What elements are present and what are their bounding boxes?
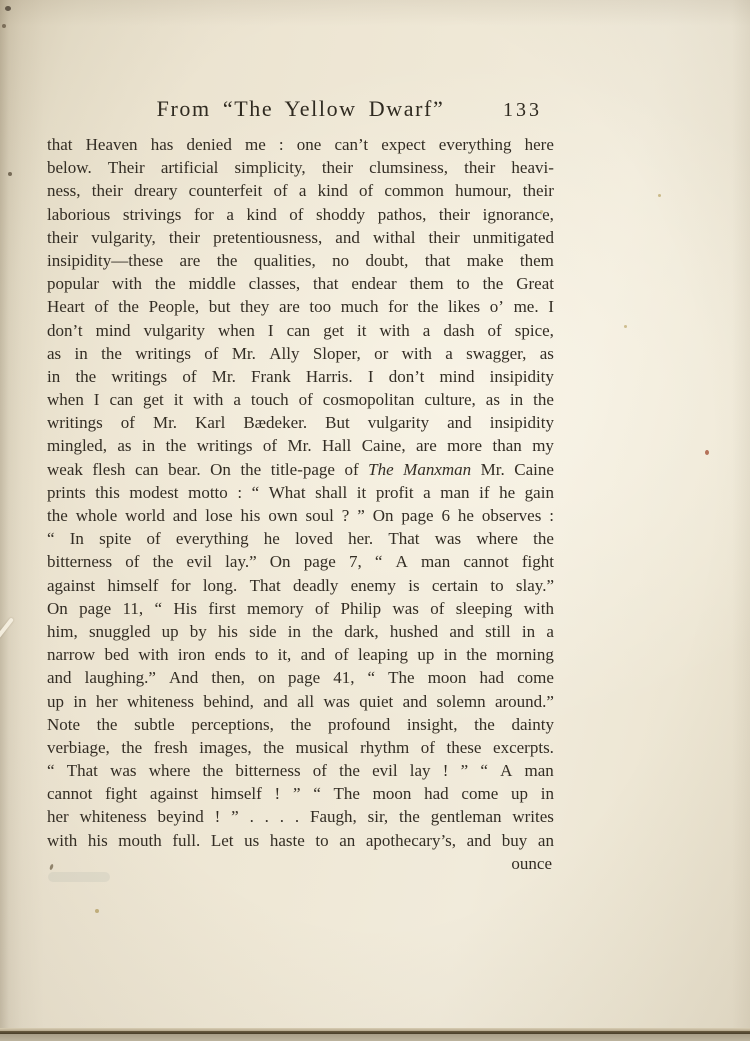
paper-speck bbox=[8, 172, 12, 176]
paper-speck bbox=[540, 210, 543, 213]
scan-vignette bbox=[0, 0, 750, 1041]
paper-speck bbox=[624, 325, 627, 328]
paper-speck bbox=[5, 6, 11, 11]
scanned-book-page: From “The Yellow Dwarf” 133 thatHeavenha… bbox=[0, 0, 750, 1041]
paper-speck bbox=[95, 909, 99, 913]
surface-below-page bbox=[0, 1034, 750, 1041]
paper-speck bbox=[705, 450, 709, 455]
paper-speck bbox=[2, 24, 6, 28]
paper-speck bbox=[658, 194, 661, 197]
page-bottom-edge bbox=[0, 1028, 750, 1041]
